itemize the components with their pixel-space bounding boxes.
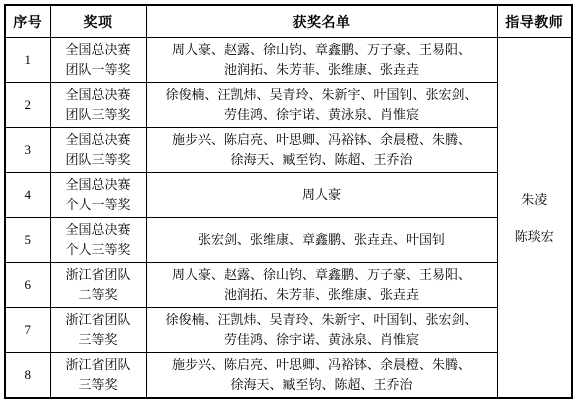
winners-line: 张宏剑、张维康、章鑫鹏、张垚垚、叶国钊	[147, 230, 497, 250]
winners-line: 徐海天、臧至钧、陈超、王乔治	[147, 150, 497, 170]
awards-table: 序号 奖项 获奖名单 指导教师 1全国总决赛团队一等奖周人豪、赵露、徐山钧、章鑫…	[4, 4, 573, 399]
award-cell: 全国总决赛个人一等奖	[50, 173, 146, 218]
col-header-winners: 获奖名单	[146, 5, 497, 38]
table-row: 7浙江省团队三等奖徐俊楠、汪凯炜、吴青玲、朱新宇、叶国钊、张宏剑、劳佳鸿、徐宇诺…	[5, 308, 572, 353]
row-number-cell: 7	[5, 308, 50, 353]
col-header-index: 序号	[5, 5, 50, 38]
winners-line: 池润拓、朱芳菲、张维康、张垚垚	[147, 285, 497, 305]
winners-line: 施步兴、陈启亮、叶思卿、冯裕钵、余晨橙、朱腾、	[147, 355, 497, 375]
award-line: 全国总决赛	[51, 130, 146, 150]
award-line: 浙江省团队	[51, 310, 146, 330]
award-line: 全国总决赛	[51, 85, 146, 105]
winners-line: 周人豪、赵露、徐山钧、章鑫鹏、万子豪、王易阳、	[147, 265, 497, 285]
teachers-cell: 朱凌陈琰宏	[497, 38, 572, 399]
winners-cell: 施步兴、陈启亮、叶思卿、冯裕钵、余晨橙、朱腾、徐海天、臧至钧、陈超、王乔治	[146, 128, 497, 173]
winners-cell: 周人豪、赵露、徐山钧、章鑫鹏、万子豪、王易阳、池润拓、朱芳菲、张维康、张垚垚	[146, 38, 497, 83]
row-number-cell: 6	[5, 263, 50, 308]
award-line: 三等奖	[51, 375, 146, 395]
winners-line: 徐俊楠、汪凯炜、吴青玲、朱新宇、叶国钊、张宏剑、	[147, 85, 497, 105]
award-cell: 全国总决赛团队一等奖	[50, 38, 146, 83]
award-line: 三等奖	[51, 330, 146, 350]
col-header-teacher: 指导教师	[497, 5, 572, 38]
row-number-cell: 2	[5, 83, 50, 128]
teacher-name: 陈琰宏	[498, 218, 572, 255]
table-row: 3全国总决赛团队三等奖施步兴、陈启亮、叶思卿、冯裕钵、余晨橙、朱腾、徐海天、臧至…	[5, 128, 572, 173]
award-cell: 浙江省团队三等奖	[50, 308, 146, 353]
award-line: 全国总决赛	[51, 175, 146, 195]
row-number-cell: 5	[5, 218, 50, 263]
awards-table-body: 1全国总决赛团队一等奖周人豪、赵露、徐山钧、章鑫鹏、万子豪、王易阳、池润拓、朱芳…	[5, 38, 572, 399]
winners-cell: 徐俊楠、汪凯炜、吴青玲、朱新宇、叶国钊、张宏剑、劳佳鸿、徐宇诺、黄泳泉、肖惟宸	[146, 83, 497, 128]
award-line: 全国总决赛	[51, 40, 146, 60]
winners-line: 劳佳鸿、徐宇诺、黄泳泉、肖惟宸	[147, 105, 497, 125]
award-cell: 浙江省团队三等奖	[50, 353, 146, 399]
award-line: 浙江省团队	[51, 265, 146, 285]
winners-cell: 张宏剑、张维康、章鑫鹏、张垚垚、叶国钊	[146, 218, 497, 263]
header-row: 序号 奖项 获奖名单 指导教师	[5, 5, 572, 38]
award-line: 团队三等奖	[51, 105, 146, 125]
award-line: 团队一等奖	[51, 60, 146, 80]
winners-line: 徐俊楠、汪凯炜、吴青玲、朱新宇、叶国钊、张宏剑、	[147, 310, 497, 330]
winners-line: 施步兴、陈启亮、叶思卿、冯裕钵、余晨橙、朱腾、	[147, 130, 497, 150]
table-row: 8浙江省团队三等奖施步兴、陈启亮、叶思卿、冯裕钵、余晨橙、朱腾、徐海天、臧至钧、…	[5, 353, 572, 399]
winners-line: 徐海天、臧至钧、陈超、王乔治	[147, 375, 497, 395]
award-cell: 全国总决赛个人三等奖	[50, 218, 146, 263]
col-header-award: 奖项	[50, 5, 146, 38]
award-line: 个人三等奖	[51, 240, 146, 260]
winners-cell: 徐俊楠、汪凯炜、吴青玲、朱新宇、叶国钊、张宏剑、劳佳鸿、徐宇诺、黄泳泉、肖惟宸	[146, 308, 497, 353]
winners-cell: 周人豪、赵露、徐山钧、章鑫鹏、万子豪、王易阳、池润拓、朱芳菲、张维康、张垚垚	[146, 263, 497, 308]
table-row: 5全国总决赛个人三等奖张宏剑、张维康、章鑫鹏、张垚垚、叶国钊	[5, 218, 572, 263]
page: 序号 奖项 获奖名单 指导教师 1全国总决赛团队一等奖周人豪、赵露、徐山钧、章鑫…	[0, 0, 575, 403]
award-line: 个人一等奖	[51, 195, 146, 215]
winners-line: 池润拓、朱芳菲、张维康、张垚垚	[147, 60, 497, 80]
row-number-cell: 8	[5, 353, 50, 399]
table-row: 4全国总决赛个人一等奖周人豪	[5, 173, 572, 218]
table-row: 2全国总决赛团队三等奖徐俊楠、汪凯炜、吴青玲、朱新宇、叶国钊、张宏剑、劳佳鸿、徐…	[5, 83, 572, 128]
award-line: 二等奖	[51, 285, 146, 305]
table-row: 6浙江省团队二等奖周人豪、赵露、徐山钧、章鑫鹏、万子豪、王易阳、池润拓、朱芳菲、…	[5, 263, 572, 308]
award-cell: 浙江省团队二等奖	[50, 263, 146, 308]
award-line: 全国总决赛	[51, 220, 146, 240]
winners-line: 周人豪、赵露、徐山钧、章鑫鹏、万子豪、王易阳、	[147, 40, 497, 60]
row-number-cell: 3	[5, 128, 50, 173]
row-number-cell: 4	[5, 173, 50, 218]
award-line: 团队三等奖	[51, 150, 146, 170]
winners-line: 劳佳鸿、徐宇诺、黄泳泉、肖惟宸	[147, 330, 497, 350]
table-row: 1全国总决赛团队一等奖周人豪、赵露、徐山钧、章鑫鹏、万子豪、王易阳、池润拓、朱芳…	[5, 38, 572, 83]
teacher-name: 朱凌	[498, 181, 572, 218]
winners-cell: 周人豪	[146, 173, 497, 218]
winners-cell: 施步兴、陈启亮、叶思卿、冯裕钵、余晨橙、朱腾、徐海天、臧至钧、陈超、王乔治	[146, 353, 497, 399]
winners-line: 周人豪	[147, 185, 497, 205]
award-cell: 全国总决赛团队三等奖	[50, 128, 146, 173]
row-number-cell: 1	[5, 38, 50, 83]
award-cell: 全国总决赛团队三等奖	[50, 83, 146, 128]
award-line: 浙江省团队	[51, 355, 146, 375]
